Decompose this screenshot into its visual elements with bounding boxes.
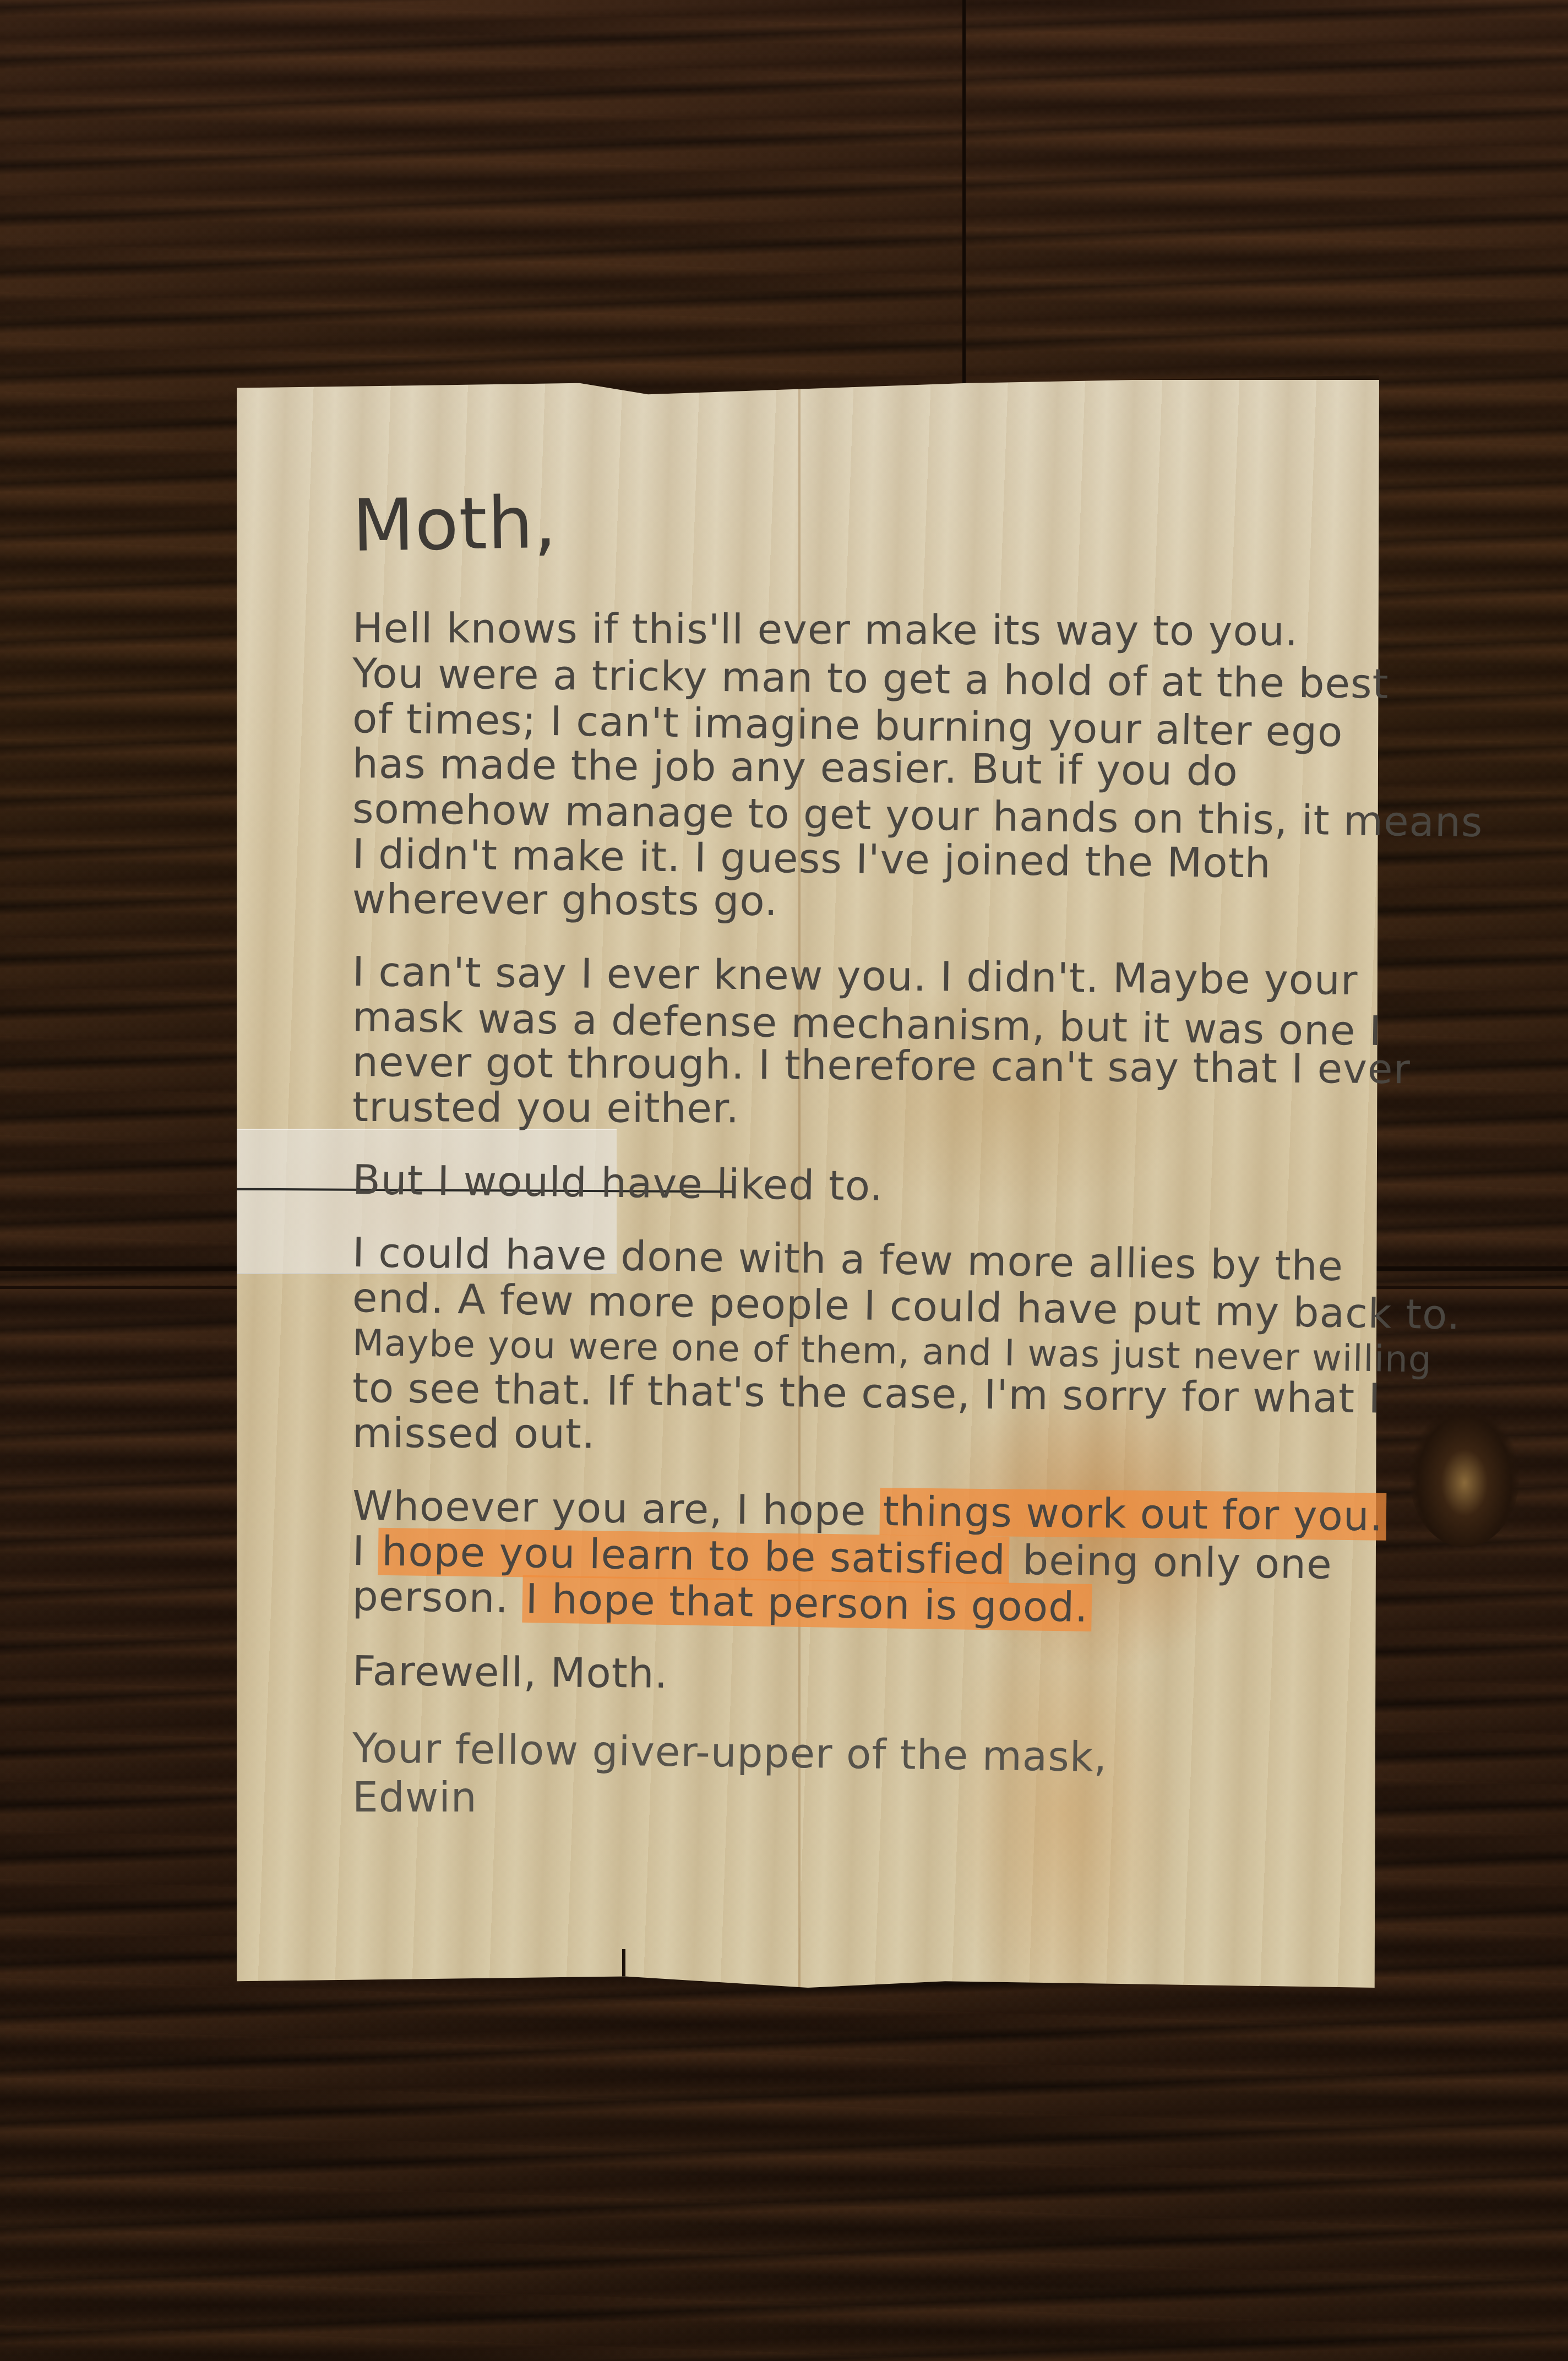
handwritten-letter: Moth, Hell knows if this'll ever make it… [352,485,1387,1850]
highlighted-text: I hope that person is good. [522,1575,1092,1631]
highlighted-text: things work out for you. [879,1488,1386,1541]
plain-text: person. [352,1573,522,1623]
salutation: Moth, [352,466,1388,567]
letter-line: But I would have liked to. [352,1157,1387,1215]
plain-text: being only one [1009,1537,1332,1588]
paragraph-5: Whoever you are, I hope things work out … [352,1483,1387,1619]
farewell-line: Farewell, Moth. [352,1646,1388,1705]
letter-line: missed out. [352,1411,1387,1460]
signature-block: Your fellow giver-upper of the mask, Edw… [352,1723,1387,1823]
paragraph-1: Hell knows if this'll ever make its way … [352,606,1387,922]
letter-line: wherever ghosts go. [352,877,1387,927]
paragraph-3: But I would have liked to. [352,1157,1387,1203]
paragraph-2: I can't say I ever knew you. I didn't. M… [352,949,1387,1130]
letter-line: trusted you either. [352,1085,1387,1134]
plain-text: Whoever you are, I hope [352,1482,880,1535]
plank-seam [962,0,966,385]
plain-text: I [352,1527,379,1575]
wood-knot [1409,1404,1520,1547]
farewell: Farewell, Moth. [352,1646,1387,1696]
letter-line: Hell knows if this'll ever make its way … [352,606,1387,655]
paragraph-4: I could have done with a few more allies… [352,1230,1387,1456]
